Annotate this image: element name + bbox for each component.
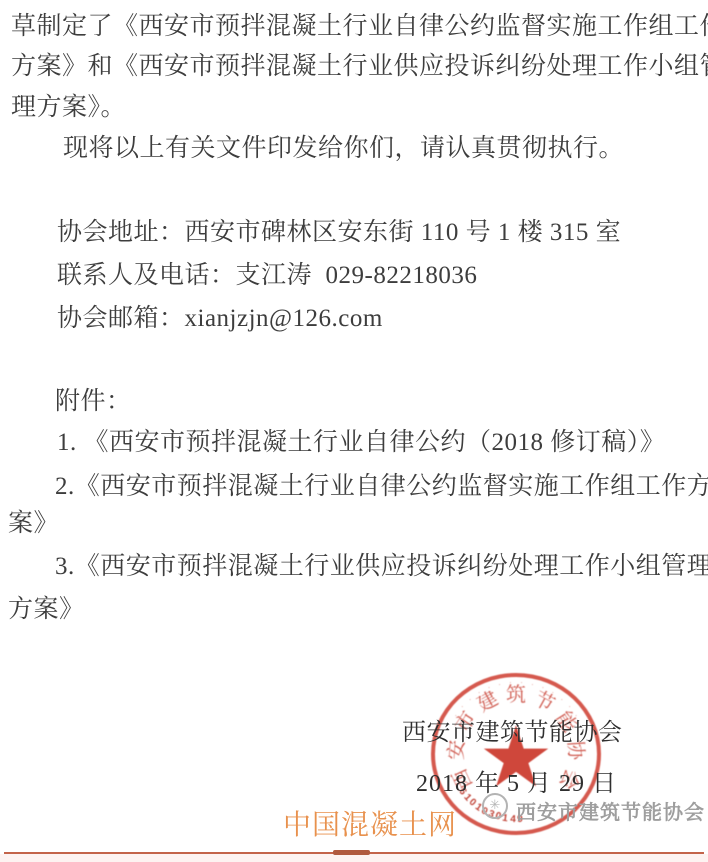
signature-organization: 西安市建筑节能协会 xyxy=(402,712,623,747)
body-paragraph-line: 方案》和《西安市预拌混凝土行业供应投诉纠纷处理工作小组管 xyxy=(11,46,708,82)
body-paragraph-line: 草制定了《西安市预拌混凝土行业自律公约监督实施工作组工作 xyxy=(11,6,708,42)
attachment-item: 3.《西安市预拌混凝土行业供应投诉纠纷处理工作小组管理 xyxy=(55,546,708,582)
footer-association-name: 西安市建筑节能协会 xyxy=(516,796,705,825)
seal-micro-text-mark: · xyxy=(550,690,556,696)
contact-phone: 联系人及电话：支江涛 029-82218036 xyxy=(57,255,477,291)
seal-micro-text-mark: · xyxy=(559,697,565,703)
bottom-strip xyxy=(0,854,708,862)
seal-micro-text-mark: · xyxy=(567,704,573,710)
body-paragraph-line: 现将以上有关文件印发给你们，请认真贯彻执行。 xyxy=(63,128,624,164)
seal-ring-character: 筑 xyxy=(505,684,527,706)
contact-address: 协会地址：西安市碑林区安东街 110 号 1 楼 315 室 xyxy=(57,212,621,248)
association-logo-glyph: ✳ xyxy=(490,798,501,813)
attachments-label: 附件： xyxy=(55,381,132,417)
attachment-item: 2.《西安市预拌混凝土行业自律公约监督实施工作组工作方 xyxy=(55,466,708,502)
attachment-item-continuation: 案》 xyxy=(8,503,59,539)
watermark-china-concrete-net: 中国混凝土网 xyxy=(283,803,457,843)
seal-micro-text-mark: · xyxy=(507,680,513,686)
body-paragraph-line: 理方案》。 xyxy=(11,87,126,123)
seal-micro-text-mark: · xyxy=(476,690,482,696)
seal-micro-text-mark: · xyxy=(529,682,535,688)
seal-micro-text-mark: · xyxy=(486,685,492,691)
association-logo-icon: ✳ xyxy=(482,793,508,819)
attachment-item: 1. 《西安市预拌混凝土行业自律公约（2018 修订稿）》 xyxy=(57,422,665,458)
seal-micro-text-mark: · xyxy=(497,682,503,688)
document-page: 草制定了《西安市预拌混凝土行业自律公约监督实施工作组工作 方案》和《西安市预拌混… xyxy=(0,0,708,862)
seal-micro-text-mark: · xyxy=(459,704,465,710)
seal-micro-text-mark: · xyxy=(519,680,525,686)
footer-divider-notch xyxy=(333,850,370,855)
attachment-item-continuation: 方案》 xyxy=(8,589,85,625)
seal-micro-text-mark: · xyxy=(540,685,546,691)
signature-date: 2018 年 5 月 29 日 xyxy=(416,763,617,798)
seal-micro-text-mark: · xyxy=(467,697,473,703)
contact-email: 协会邮箱：xianjzjn@126.com xyxy=(57,298,383,334)
